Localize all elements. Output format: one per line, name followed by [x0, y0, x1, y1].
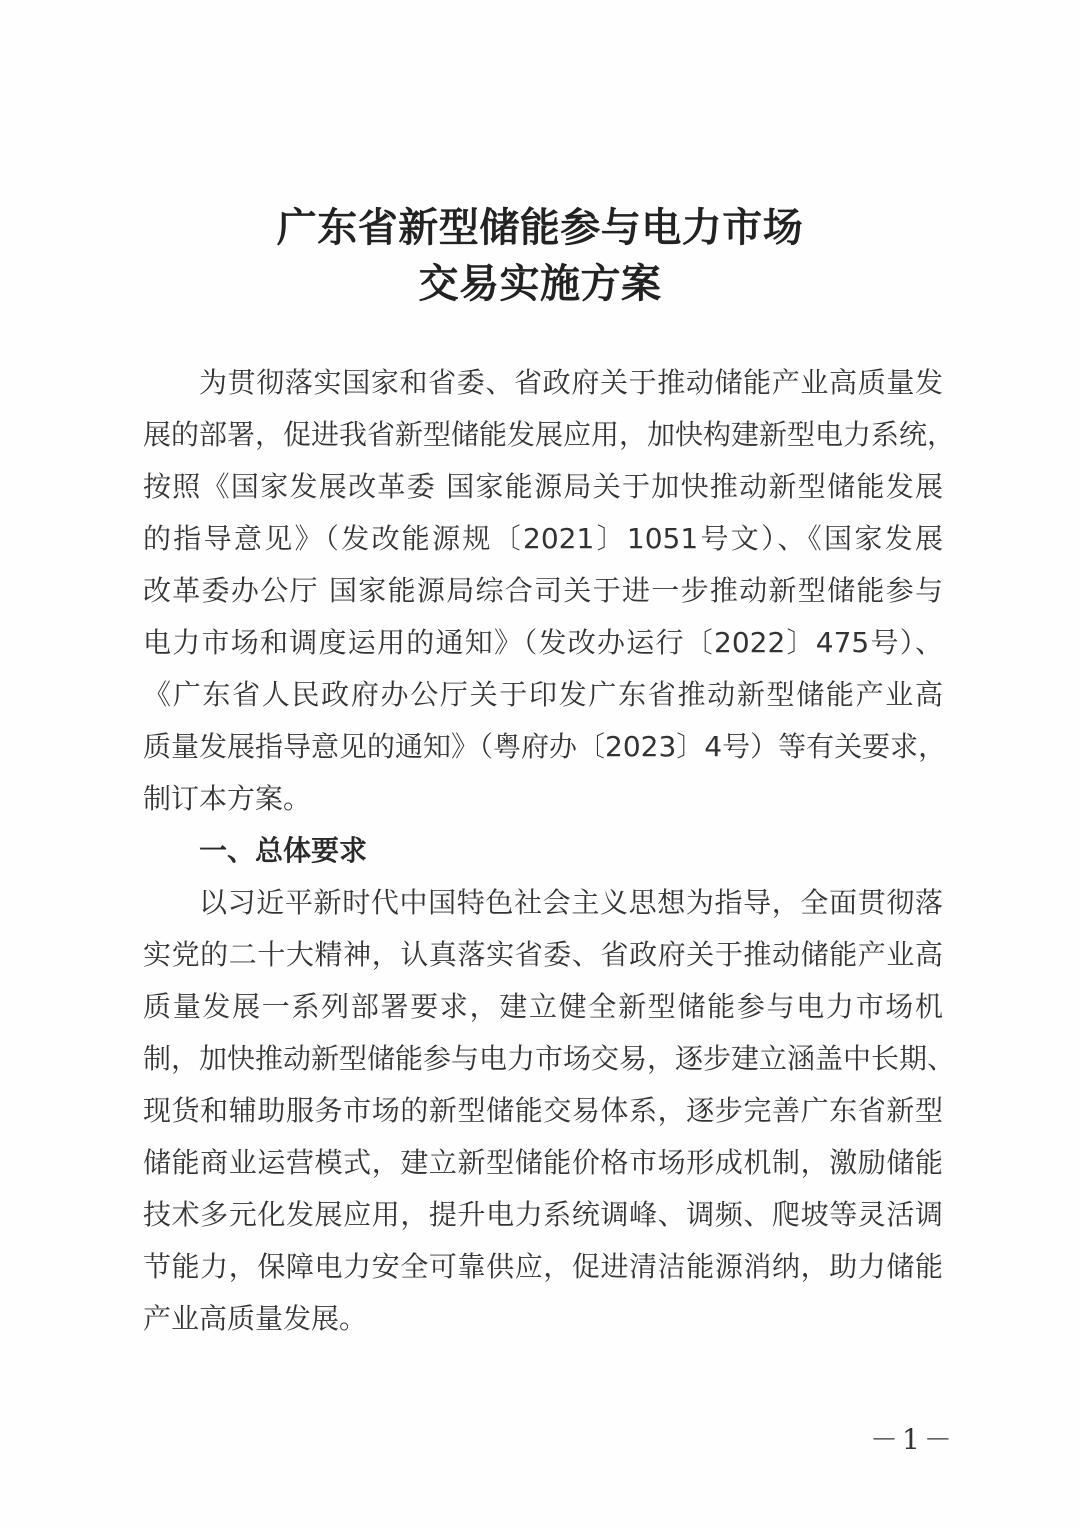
preamble-line: 为贯彻落实国家和省委、省政府关于推动储能产业高质量发 — [143, 363, 943, 403]
section-1-line: 储能商业运营模式，建立新型储能价格市场形成机制，激励储能 — [143, 1143, 943, 1183]
preamble-line: 质量发展指导意见的通知》（粤府办〔2023〕4号）等有关要求， — [143, 727, 943, 767]
preamble-line: 电力市场和调度运用的通知》（发改办运行〔2022〕475号）、 — [143, 623, 943, 663]
page-number: －1－ — [870, 1418, 956, 1458]
section-1-line: 以习近平新时代中国特色社会主义思想为指导，全面贯彻落 — [143, 883, 943, 923]
section-1-line: 制，加快推动新型储能参与电力市场交易，逐步建立涵盖中长期、 — [143, 1039, 943, 1079]
section-1-line: 产业高质量发展。 — [143, 1299, 943, 1339]
preamble-line: 的指导意见》（发改能源规〔2021〕1051号文）、《国家发展 — [143, 519, 943, 559]
section-1-heading: 一、总体要求 — [143, 831, 943, 871]
section-1-line: 质量发展一系列部署要求，建立健全新型储能参与电力市场机 — [143, 987, 943, 1027]
section-1-line: 现货和辅助服务市场的新型储能交易体系，逐步完善广东省新型 — [143, 1091, 943, 1131]
preamble-line: 改革委办公厅 国家能源局综合司关于进一步推动新型储能参与 — [143, 571, 943, 611]
section-1-line: 技术多元化发展应用，提升电力系统调峰、调频、爬坡等灵活调 — [143, 1195, 943, 1235]
section-1-line: 节能力，保障电力安全可靠供应，促进清洁能源消纳，助力储能 — [143, 1247, 943, 1287]
document-title-line-2: 交易实施方案 — [0, 252, 1080, 309]
preamble-line: 展的部署，促进我省新型储能发展应用，加快构建新型电力系统， — [143, 415, 943, 455]
preamble-line: 《广东省人民政府办公厅关于印发广东省推动新型储能产业高 — [143, 675, 943, 715]
document-page: 广东省新型储能参与电力市场 交易实施方案 为贯彻落实国家和省委、省政府关于推动储… — [0, 0, 1080, 1528]
document-title-line-1: 广东省新型储能参与电力市场 — [0, 196, 1080, 253]
preamble-line: 制订本方案。 — [143, 779, 943, 819]
preamble-line: 按照《国家发展改革委 国家能源局关于加快推动新型储能发展 — [143, 467, 943, 507]
section-1-line: 实党的二十大精神，认真落实省委、省政府关于推动储能产业高 — [143, 935, 943, 975]
